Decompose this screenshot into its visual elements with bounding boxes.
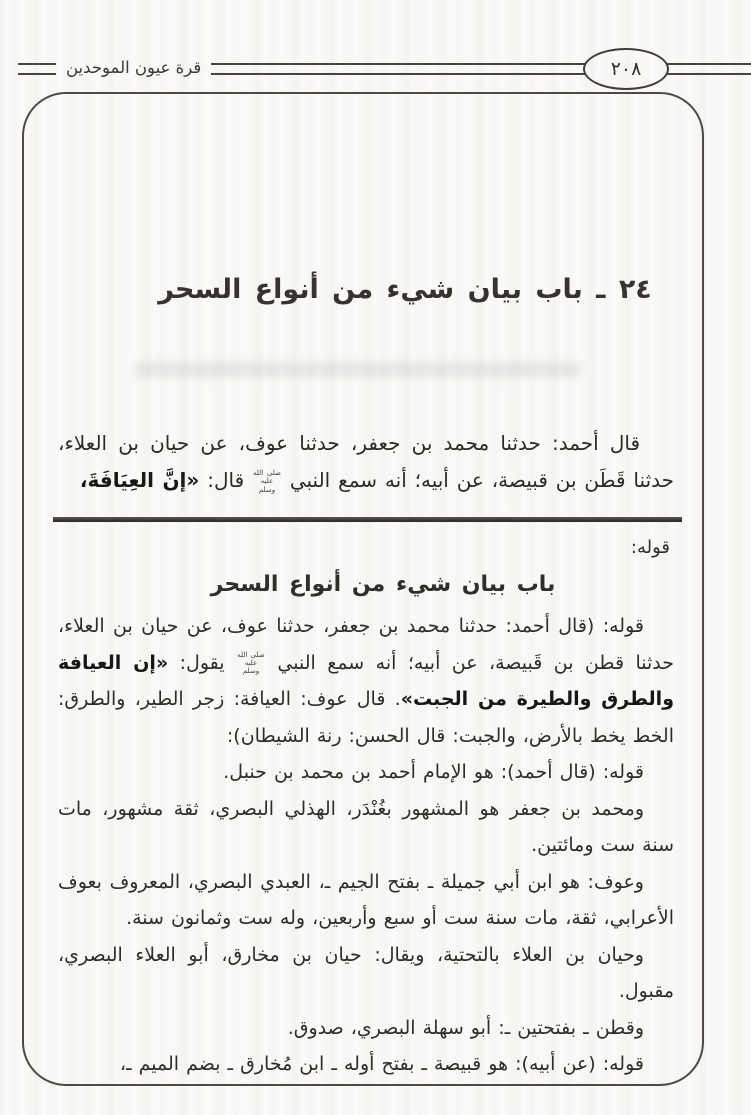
chapter-title: ٢٤ ـ باب بيان شيء من أنواع السحر [24, 274, 702, 305]
commentary-body: قوله: (قال أحمد: حدثنا محمد بن جعفر، حدث… [58, 608, 674, 1083]
matn-bold-quote: «إنَّ العِيَافَةَ، [80, 468, 199, 492]
commentary-text: يقول: [168, 652, 236, 674]
commentary-paragraph: ومحمد بن جعفر هو المشهور بغُنْدَر، الهذل… [58, 791, 674, 864]
header-rule-right [655, 63, 751, 75]
commentary-paragraph: وحيان بن العلاء بالتحتية، ويقال: حيان بن… [58, 937, 674, 1010]
commentary-paragraph: وقطن ـ بفتحتين ـ: أبو سهلة البصري، صدوق. [58, 1010, 674, 1047]
showthrough-ghost [134, 362, 582, 377]
header-rule-middle [211, 63, 597, 75]
commentary-heading: باب بيان شيء من أنواع السحر [24, 572, 702, 597]
page-number: ٢٠٨ [611, 58, 642, 80]
matn-text: قال: [199, 468, 252, 492]
qawluhu-label: قوله: [631, 537, 670, 558]
pbuh-symbol: صلى الله عليه وسلم [252, 469, 282, 493]
commentary-paragraph: قوله: (قال أحمد): هو الإمام أحمد بن محمد… [58, 754, 674, 791]
book-title: قرة عيون الموحدين [56, 58, 211, 81]
pbuh-symbol: صلى الله عليه وسلم [236, 651, 266, 675]
commentary-paragraph: قوله: (عن أبيه): هو قبيصة ـ بفتح أوله ـ … [58, 1046, 674, 1083]
commentary-paragraph: وعوف: هو ابن أبي جميلة ـ بفتح الجيم ـ، ا… [58, 864, 674, 937]
page-header: قرة عيون الموحدين ٢٠٨ [18, 49, 751, 89]
header-rule-left [18, 63, 56, 75]
text-frame: ٢٤ ـ باب بيان شيء من أنواع السحر قال أحم… [22, 92, 704, 1086]
commentary-separator [53, 517, 682, 522]
commentary-paragraph: قوله: (قال أحمد: حدثنا محمد بن جعفر، حدث… [58, 608, 674, 754]
page-number-badge: ٢٠٨ [583, 48, 669, 90]
hadith-paragraph: قال أحمد: حدثنا محمد بن جعفر، حدثنا عوف،… [58, 425, 674, 499]
